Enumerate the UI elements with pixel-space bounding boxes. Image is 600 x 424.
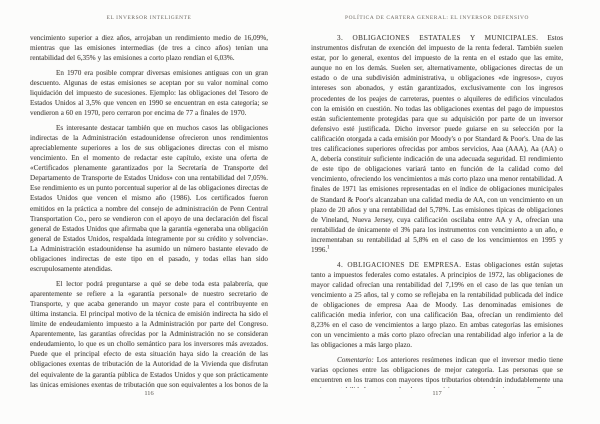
left-text-block: vencimiento superior a diez años, arroja… bbox=[30, 33, 268, 388]
running-header-left: EL INVERSOR INTELIGENTE bbox=[30, 15, 268, 21]
paragraph: El lector podrá preguntarse a qué se deb… bbox=[30, 279, 268, 388]
left-page: EL INVERSOR INTELIGENTE vencimiento supe… bbox=[30, 0, 268, 424]
comment-label: Comentario: bbox=[337, 356, 374, 364]
paragraph-section-3: 3. OBLIGACIONES ESTATALES Y MUNICIPALES.… bbox=[311, 33, 563, 255]
paragraph: Es interesante destacar también que en m… bbox=[30, 123, 268, 274]
paragraph: vencimiento superior a diez años, arroja… bbox=[30, 33, 268, 63]
section-heading-runin: 3. OBLIGACIONES ESTATALES Y MUNICIPALES. bbox=[337, 34, 538, 42]
section-body: Estas obligaciones están sujetas tanto a… bbox=[311, 261, 563, 350]
section-body: Estos instrumentos disfrutan de exención… bbox=[311, 34, 563, 254]
paragraph-comment: Comentario: Los anteriores resúmenes ind… bbox=[311, 355, 563, 388]
right-text-block: 3. OBLIGACIONES ESTATALES Y MUNICIPALES.… bbox=[311, 33, 563, 388]
paragraph: En 1970 era posible comprar diversas emi… bbox=[30, 68, 268, 118]
paragraph-section-4: 4. OBLIGACIONES DE EMPRESA. Estas obliga… bbox=[311, 260, 563, 351]
section-heading-runin: 4. OBLIGACIONES DE EMPRESA. bbox=[337, 261, 461, 269]
running-header-right: POLÍTICA DE CARTERA GENERAL: EL INVERSOR… bbox=[311, 15, 563, 21]
footnote-marker: 1 bbox=[327, 246, 329, 251]
right-page: POLÍTICA DE CARTERA GENERAL: EL INVERSOR… bbox=[311, 0, 563, 424]
book-spread: EL INVERSOR INTELIGENTE vencimiento supe… bbox=[0, 0, 600, 424]
page-number-right: 117 bbox=[311, 390, 563, 397]
page-number-left: 116 bbox=[30, 390, 268, 397]
